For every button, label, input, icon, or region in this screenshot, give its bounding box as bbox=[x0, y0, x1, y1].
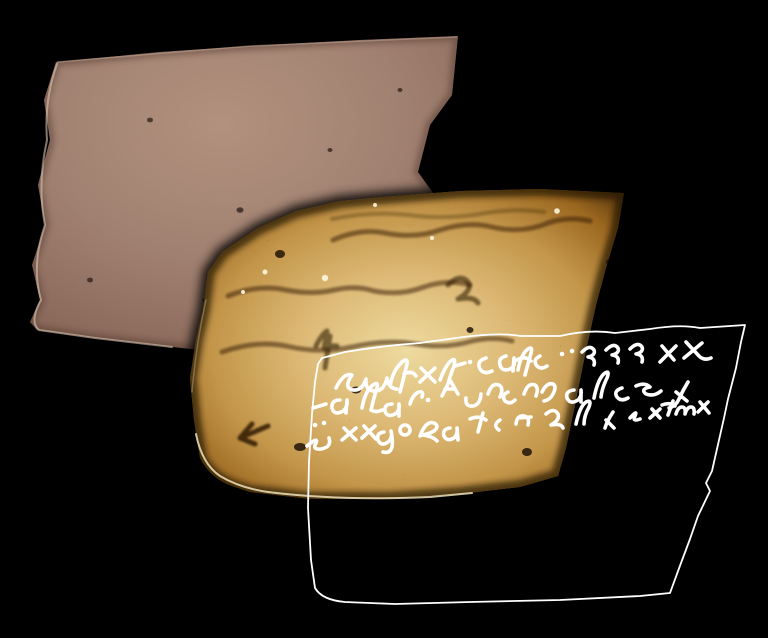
ostracon-photo bbox=[0, 0, 768, 638]
lower-sherd bbox=[185, 185, 630, 505]
photo-canvas bbox=[0, 0, 768, 638]
